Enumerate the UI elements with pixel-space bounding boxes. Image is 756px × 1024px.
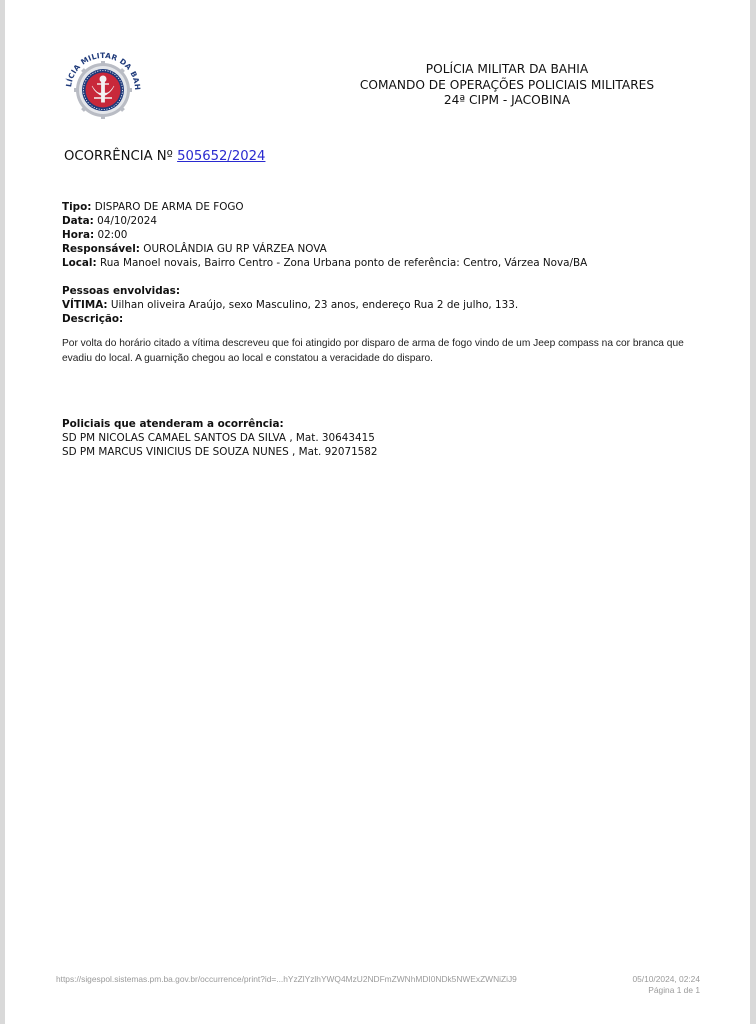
org-name: POLÍCIA MILITAR DA BAHIA (327, 62, 687, 78)
field-value: DISPARO DE ARMA DE FOGO (95, 201, 244, 213)
field-value: 04/10/2024 (97, 215, 157, 227)
officer-item: SD PM MARCUS VINICIUS DE SOUZA NUNES , M… (62, 445, 378, 459)
field-value: 02:00 (97, 229, 127, 241)
page-edge-left (0, 0, 5, 1024)
field-label: Local: (62, 257, 97, 269)
field-label: Data: (62, 215, 94, 227)
pm-bahia-logo: POLÍCIA MILITAR DA BAHIA (58, 50, 148, 122)
print-datetime: 05/10/2024, 02:24 (632, 974, 700, 985)
print-meta: 05/10/2024, 02:24 Página 1 de 1 (632, 974, 700, 995)
occurrence-number-link[interactable]: 505652/2024 (177, 149, 265, 164)
field-hora: Hora: 02:00 (62, 228, 587, 242)
police-badge-icon: POLÍCIA MILITAR DA BAHIA (58, 50, 148, 122)
occurrence-details: Tipo: DISPARO DE ARMA DE FOGO Data: 04/1… (62, 200, 587, 270)
occurrence-label: OCORRÊNCIA Nº (64, 149, 173, 164)
description-text: Por volta do horário citado a vítima des… (62, 337, 707, 366)
page-counter: Página 1 de 1 (632, 985, 700, 996)
organization-header: POLÍCIA MILITAR DA BAHIA COMANDO DE OPER… (327, 62, 687, 109)
victim-row: VÍTIMA: Uilhan oliveira Araújo, sexo Mas… (62, 298, 518, 312)
description-label: Descrição: (62, 313, 123, 325)
org-unit: 24ª CIPM - JACOBINA (327, 93, 687, 109)
field-label: Hora: (62, 229, 94, 241)
field-responsavel: Responsável: OUROLÂNDIA GU RP VÁRZEA NOV… (62, 242, 587, 256)
officer-item: SD PM NICOLAS CAMAEL SANTOS DA SILVA , M… (62, 431, 378, 445)
people-involved: Pessoas envolvidas: VÍTIMA: Uilhan olive… (62, 284, 518, 326)
victim-value: Uilhan oliveira Araújo, sexo Masculino, … (111, 299, 518, 311)
people-heading: Pessoas envolvidas: (62, 285, 180, 297)
victim-label: VÍTIMA: (62, 299, 108, 311)
field-data: Data: 04/10/2024 (62, 214, 587, 228)
field-tipo: Tipo: DISPARO DE ARMA DE FOGO (62, 200, 587, 214)
field-value: OUROLÂNDIA GU RP VÁRZEA NOVA (143, 243, 327, 255)
print-url: https://sigespol.sistemas.pm.ba.gov.br/o… (56, 974, 517, 984)
field-label: Tipo: (62, 201, 91, 213)
field-value: Rua Manoel novais, Bairro Centro - Zona … (100, 257, 587, 269)
page-edge-right (750, 0, 756, 1024)
field-label: Responsável: (62, 243, 140, 255)
officers-heading: Policiais que atenderam a ocorrência: (62, 418, 284, 430)
field-local: Local: Rua Manoel novais, Bairro Centro … (62, 256, 587, 270)
occurrence-title: OCORRÊNCIA Nº 505652/2024 (64, 149, 265, 164)
officers-section: Policiais que atenderam a ocorrência: SD… (62, 417, 378, 460)
org-command: COMANDO DE OPERAÇÕES POLICIAIS MILITARES (327, 78, 687, 94)
